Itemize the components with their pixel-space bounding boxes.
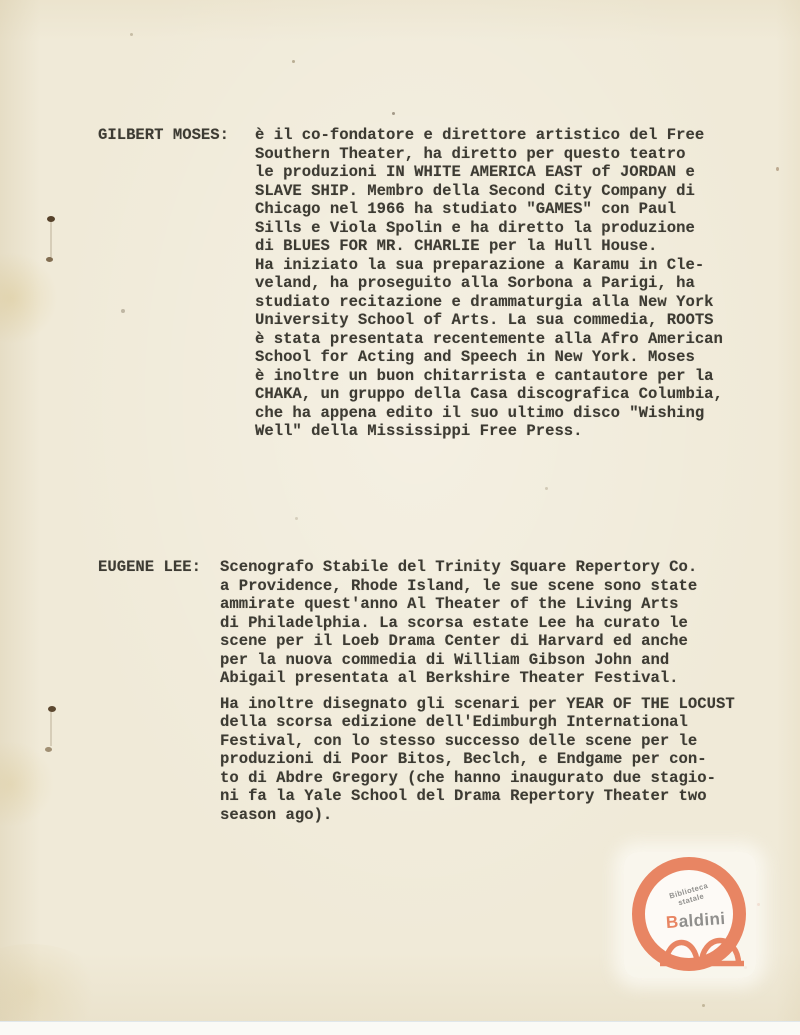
paper-speck [776,167,779,171]
stamp-institution-text: Biblioteca statale [658,879,722,912]
staple-hole [47,216,55,222]
entry-eugene-lee: EUGENE LEE: Scenografo Stabile del Trini… [98,558,758,838]
entry-label: EUGENE LEE: [98,558,201,577]
entry-gilbert-moses: GILBERT MOSES: è il co-fondatore e diret… [98,126,758,466]
library-stamp: Biblioteca statale Baldini [632,857,746,971]
entry-paragraph: Scenografo Stabile del Trinity Square Re… [220,558,735,688]
staple-hole [46,257,53,262]
entry-body: Scenografo Stabile del Trinity Square Re… [220,558,735,824]
entry-paragraph: è il co-fondatore e direttore artistico … [255,126,723,441]
scanned-page: GILBERT MOSES: è il co-fondatore e diret… [0,0,800,1035]
paper-speck [702,1004,705,1007]
paper-speck [130,33,133,36]
paper-stain [0,252,58,344]
paper-speck [295,517,298,520]
paper-speck [292,60,295,63]
open-book-icon [657,929,747,969]
entry-body: è il co-fondatore e direttore artistico … [255,126,723,441]
paper-speck [545,487,548,490]
staple-shadow-line [50,712,52,746]
paper-speck [392,112,395,115]
paper-speck [757,903,760,906]
stamp-name-rest: aldini [678,909,726,931]
staple-hole [48,706,56,712]
paper-stain [0,742,56,826]
entry-paragraph: Ha inoltre disegnato gli scenari per YEA… [220,695,735,825]
staple-hole [45,747,52,752]
entry-label: GILBERT MOSES: [98,126,229,145]
staple-shadow-line [50,221,52,257]
scanner-edge-strip [0,1021,800,1035]
